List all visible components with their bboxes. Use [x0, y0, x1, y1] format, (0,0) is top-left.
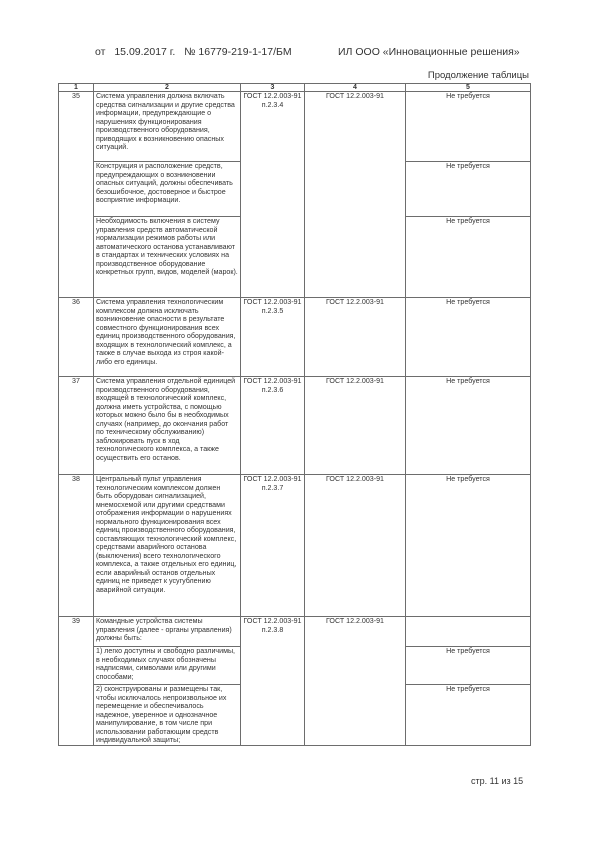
column-header: 5: [406, 84, 531, 92]
row-number: 35: [59, 92, 94, 298]
test-method-standard: ГОСТ 12.2.003-91: [305, 298, 406, 377]
test-method-standard: ГОСТ 12.2.003-91: [305, 92, 406, 298]
requirement-text: 1) легко доступны и свободно различимы, …: [94, 647, 241, 685]
document-date: 15.09.2017 г.: [114, 46, 175, 58]
standard-clause: ГОСТ 12.2.003-91 п.2.3.4: [241, 92, 305, 298]
row-number: 38: [59, 475, 94, 617]
requirement-text: Система управления технологическим компл…: [94, 298, 241, 377]
requirement-text: Система управления должна включать средс…: [94, 92, 241, 162]
test-method-standard: ГОСТ 12.2.003-91: [305, 475, 406, 617]
organization-name: ИЛ ООО «Инновационные решения»: [338, 46, 520, 58]
column-header: 2: [94, 84, 241, 92]
document-number: № 16779-219-1-17/БМ: [184, 46, 291, 58]
compliance-status: Не требуется: [406, 298, 531, 377]
table-row: 37Система управления отдельной единицей …: [59, 377, 531, 475]
compliance-status: Не требуется: [406, 377, 531, 475]
table-header-row: 1 2 3 4 5: [59, 84, 531, 92]
compliance-status: [406, 617, 531, 647]
row-number: 36: [59, 298, 94, 377]
test-method-standard: ГОСТ 12.2.003-91: [305, 617, 406, 746]
column-header: 3: [241, 84, 305, 92]
row-number: 37: [59, 377, 94, 475]
compliance-status: Не требуется: [406, 685, 531, 746]
standard-clause: ГОСТ 12.2.003-91 п.2.3.7: [241, 475, 305, 617]
table-caption: Продолжение таблицы: [428, 70, 529, 81]
standard-clause: ГОСТ 12.2.003-91 п.2.3.5: [241, 298, 305, 377]
requirement-text: 2) сконструированы и размещены так, чтоб…: [94, 685, 241, 746]
document-reference: от 15.09.2017 г. № 16779-219-1-17/БМ: [95, 46, 298, 58]
page-number: стр. 11 из 15: [471, 776, 523, 786]
compliance-status: Не требуется: [406, 92, 531, 162]
requirement-text: Центральный пульт управления технологиче…: [94, 475, 241, 617]
requirement-text: Необходимость включения в систему управл…: [94, 217, 241, 298]
table-row: 39Командные устройства системы управлени…: [59, 617, 531, 647]
table-row: 38Центральный пульт управления технологи…: [59, 475, 531, 617]
requirement-text: Командные устройства системы управления …: [94, 617, 241, 647]
date-prefix: от: [95, 46, 105, 58]
table-body: 35Система управления должна включать сре…: [59, 92, 531, 746]
table-row: 36Система управления технологическим ком…: [59, 298, 531, 377]
compliance-status: Не требуется: [406, 475, 531, 617]
requirements-table: 1 2 3 4 5 35Система управления должна вк…: [58, 83, 531, 746]
column-header: 4: [305, 84, 406, 92]
requirement-text: Система управления отдельной единицей пр…: [94, 377, 241, 475]
table-row: 35Система управления должна включать сре…: [59, 92, 531, 162]
requirement-text: Конструкция и расположение средств, пред…: [94, 162, 241, 217]
column-header: 1: [59, 84, 94, 92]
standard-clause: ГОСТ 12.2.003-91 п.2.3.8: [241, 617, 305, 746]
standard-clause: ГОСТ 12.2.003-91 п.2.3.6: [241, 377, 305, 475]
compliance-status: Не требуется: [406, 162, 531, 217]
row-number: 39: [59, 617, 94, 746]
compliance-status: Не требуется: [406, 217, 531, 298]
test-method-standard: ГОСТ 12.2.003-91: [305, 377, 406, 475]
compliance-status: Не требуется: [406, 647, 531, 685]
